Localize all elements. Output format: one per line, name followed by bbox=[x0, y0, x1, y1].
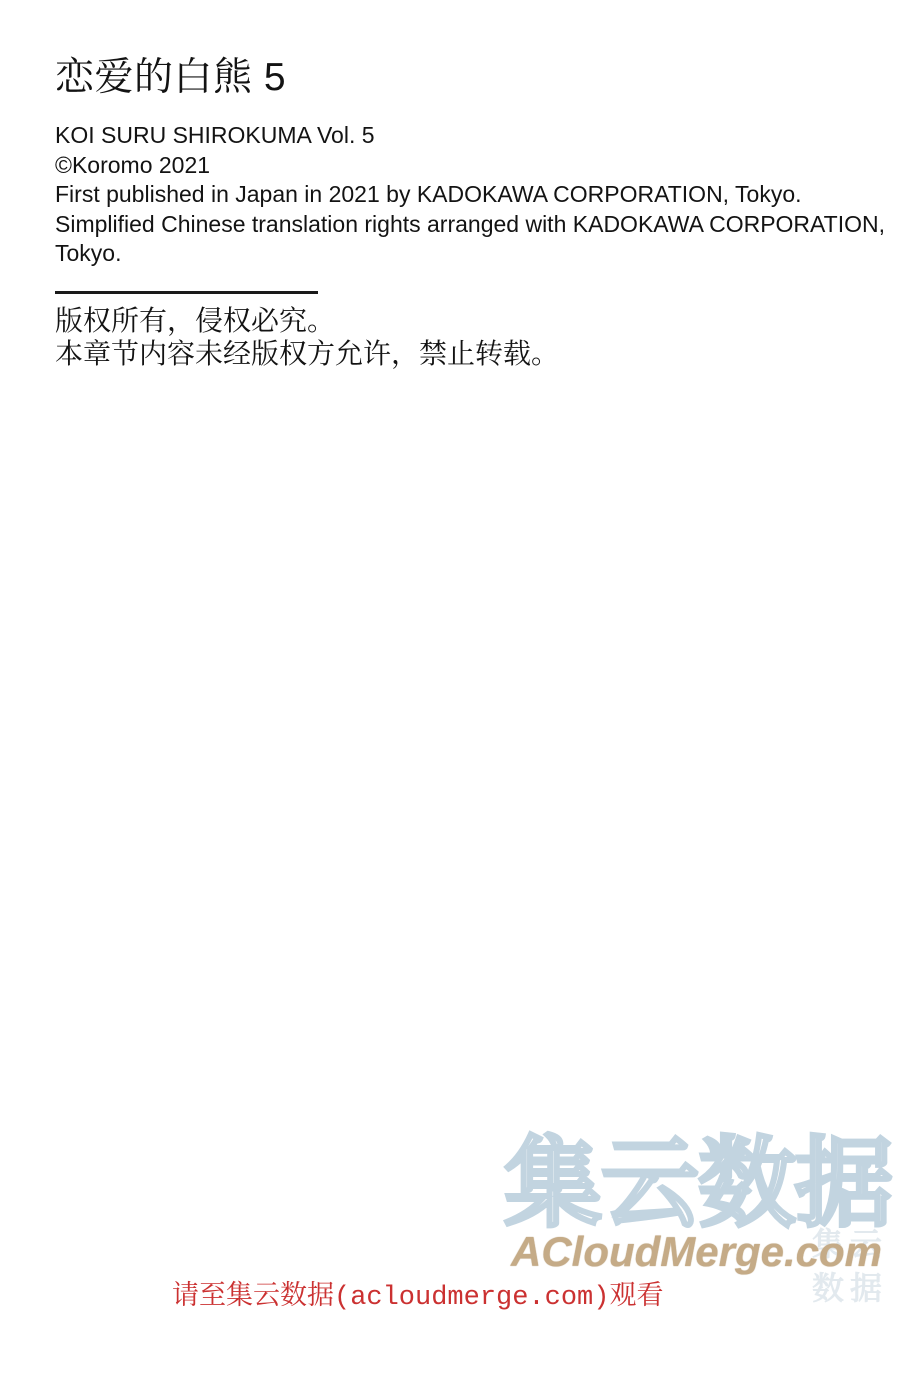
book-title: 恋爱的白熊 5 bbox=[55, 52, 286, 104]
copyright-page: 恋爱的白熊 5 KOI SURU SHIROKUMA Vol. 5 ©Korom… bbox=[0, 0, 900, 1373]
divider-line bbox=[55, 291, 318, 294]
rights-notice-line-2: 本章节内容未经版权方允许，禁止转载。 bbox=[55, 337, 559, 370]
watermark-brand: 集云数据 bbox=[504, 1123, 892, 1243]
copyright-line-author: ©Koromo 2021 bbox=[55, 151, 885, 181]
copyright-line-romaji: KOI SURU SHIROKUMA Vol. 5 bbox=[55, 121, 885, 151]
copyright-block: KOI SURU SHIROKUMA Vol. 5 ©Koromo 2021 F… bbox=[55, 121, 885, 269]
copyright-line-translation-rights: Simplified Chinese translation rights ar… bbox=[55, 210, 885, 240]
rights-notice-block: 版权所有，侵权必究。 本章节内容未经版权方允许，禁止转载。 bbox=[55, 304, 559, 370]
copyright-line-publisher: First published in Japan in 2021 by KADO… bbox=[55, 180, 885, 210]
copyright-line-city: Tokyo. bbox=[55, 239, 885, 269]
rights-notice-line-1: 版权所有，侵权必究。 bbox=[55, 304, 559, 337]
watermark-domain: ACloudMerge.com bbox=[511, 1228, 882, 1276]
reader-redirect-notice: 请至集云数据(acloudmerge.com)观看 bbox=[172, 1281, 663, 1315]
